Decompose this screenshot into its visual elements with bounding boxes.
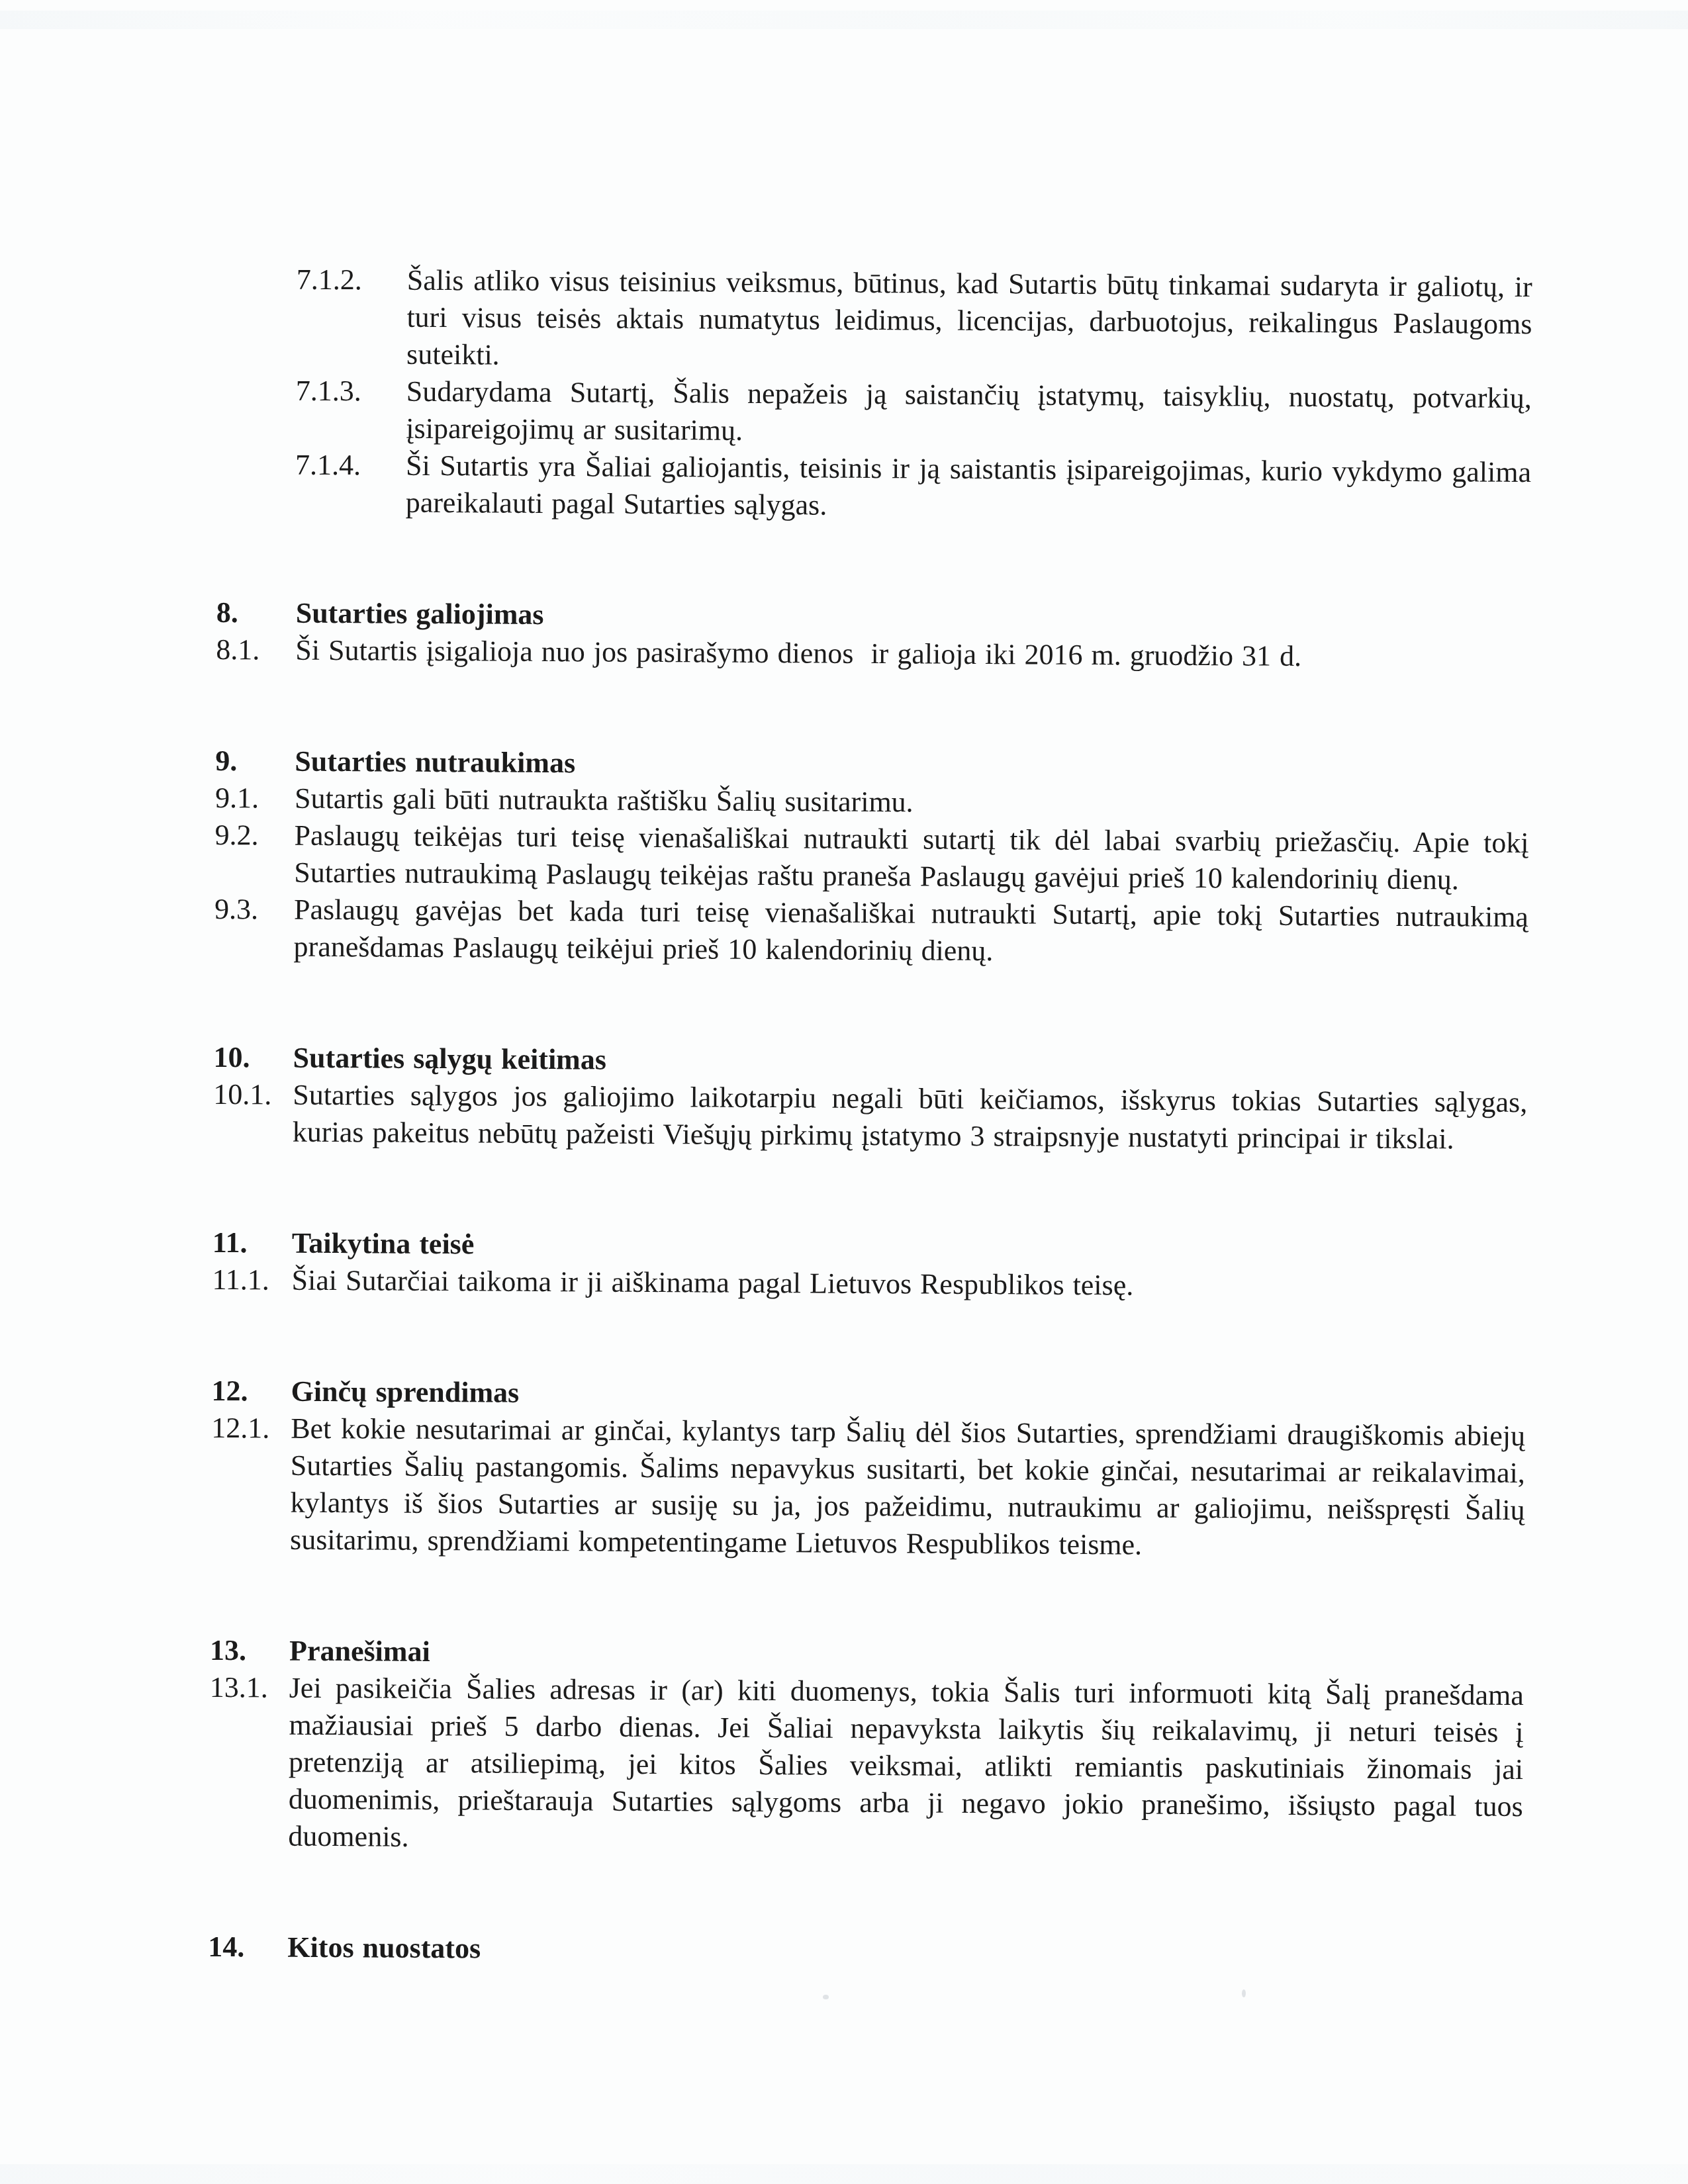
clause-item: 9.3. Paslaugų gavėjas bet kada turi teis…: [214, 891, 1529, 973]
section-number: 11.: [212, 1224, 292, 1262]
clause-number: 7.1.2.: [296, 261, 407, 373]
clause-number: 8.1.: [216, 631, 295, 669]
clause-text: Ši Sutartis įsigalioja nuo jos pasirašym…: [295, 632, 1530, 676]
section-title: Kitos nuostatos: [287, 1929, 1522, 1974]
section-number: 8.: [216, 594, 296, 632]
scan-speckle: [1242, 1989, 1246, 1997]
section-number: 13.: [210, 1632, 289, 1670]
clause-item: 7.1.3. Sudarydama Sutartį, Šalis nepažei…: [217, 372, 1532, 454]
clause-number: 9.3.: [214, 891, 295, 966]
clause-number: 12.1.: [211, 1410, 291, 1559]
clause-text: Šalis atliko visus teisinius veiksmus, b…: [406, 262, 1532, 380]
contract-text: 7.1.2. Šalis atliko visus teisinius veik…: [208, 261, 1532, 1974]
clause-text: Bet kokie nesutarimai ar ginčai, kylanty…: [290, 1410, 1525, 1566]
section-heading: 14. Kitos nuostatos: [208, 1929, 1522, 1974]
clause-item: 13.1. Jei pasikeičia Šalies adresas ir (…: [209, 1669, 1524, 1862]
clause-text: Sudarydama Sutartį, Šalis nepažeis ją sa…: [406, 373, 1532, 454]
clause-number: 13.1.: [209, 1669, 289, 1855]
clause-text: Paslaugų gavėjas bet kada turi teisę vie…: [293, 891, 1528, 973]
clause-text: Jei pasikeičia Šalies adresas ir (ar) ki…: [288, 1670, 1524, 1862]
scan-speckle: [823, 1995, 829, 1999]
section-number: 9.: [215, 743, 295, 780]
clause-text: Ši Sutartis yra Šaliai galiojantis, teis…: [406, 447, 1532, 528]
clause-item: 7.1.4. Ši Sutartis yra Šaliai galiojanti…: [217, 446, 1532, 528]
clause-number: 9.1.: [215, 780, 295, 817]
clause-item: 10.1. Sutarties sąlygos jos galiojimo la…: [213, 1076, 1528, 1158]
clause-number: 10.1.: [213, 1076, 293, 1151]
clause-number: 7.1.3.: [295, 373, 406, 447]
clause-item: 8.1. Ši Sutartis įsigalioja nuo jos pasi…: [216, 631, 1530, 676]
clause-item: 9.2. Paslaugų teikėjas turi teisę vienaš…: [214, 817, 1529, 899]
clause-item: 12.1. Bet kokie nesutarimai ar ginčai, k…: [211, 1410, 1525, 1566]
clause-item: 11.1. Šiai Sutarčiai taikoma ir ji aiški…: [212, 1261, 1526, 1306]
section-number: 12.: [211, 1373, 291, 1410]
section-number: 10.: [213, 1039, 293, 1077]
section-number: 14.: [208, 1929, 287, 1966]
document-page: 7.1.2. Šalis atliko visus teisinius veik…: [0, 0, 1688, 2184]
clause-number: 11.1.: [212, 1261, 291, 1299]
scan-artifact-top: [0, 11, 1688, 29]
clause-number: 9.2.: [214, 817, 295, 891]
clause-text: Paslaugų teikėjas turi teisę vienašališk…: [294, 817, 1529, 899]
clause-text: Šiai Sutarčiai taikoma ir ji aiškinama p…: [291, 1262, 1526, 1306]
clause-item: 7.1.2. Šalis atliko visus teisinius veik…: [218, 261, 1532, 380]
clause-text: Sutarties sąlygos jos galiojimo laikotar…: [293, 1077, 1528, 1158]
scan-artifact-bottom: [0, 2164, 1688, 2184]
clause-number: 7.1.4.: [295, 447, 406, 522]
